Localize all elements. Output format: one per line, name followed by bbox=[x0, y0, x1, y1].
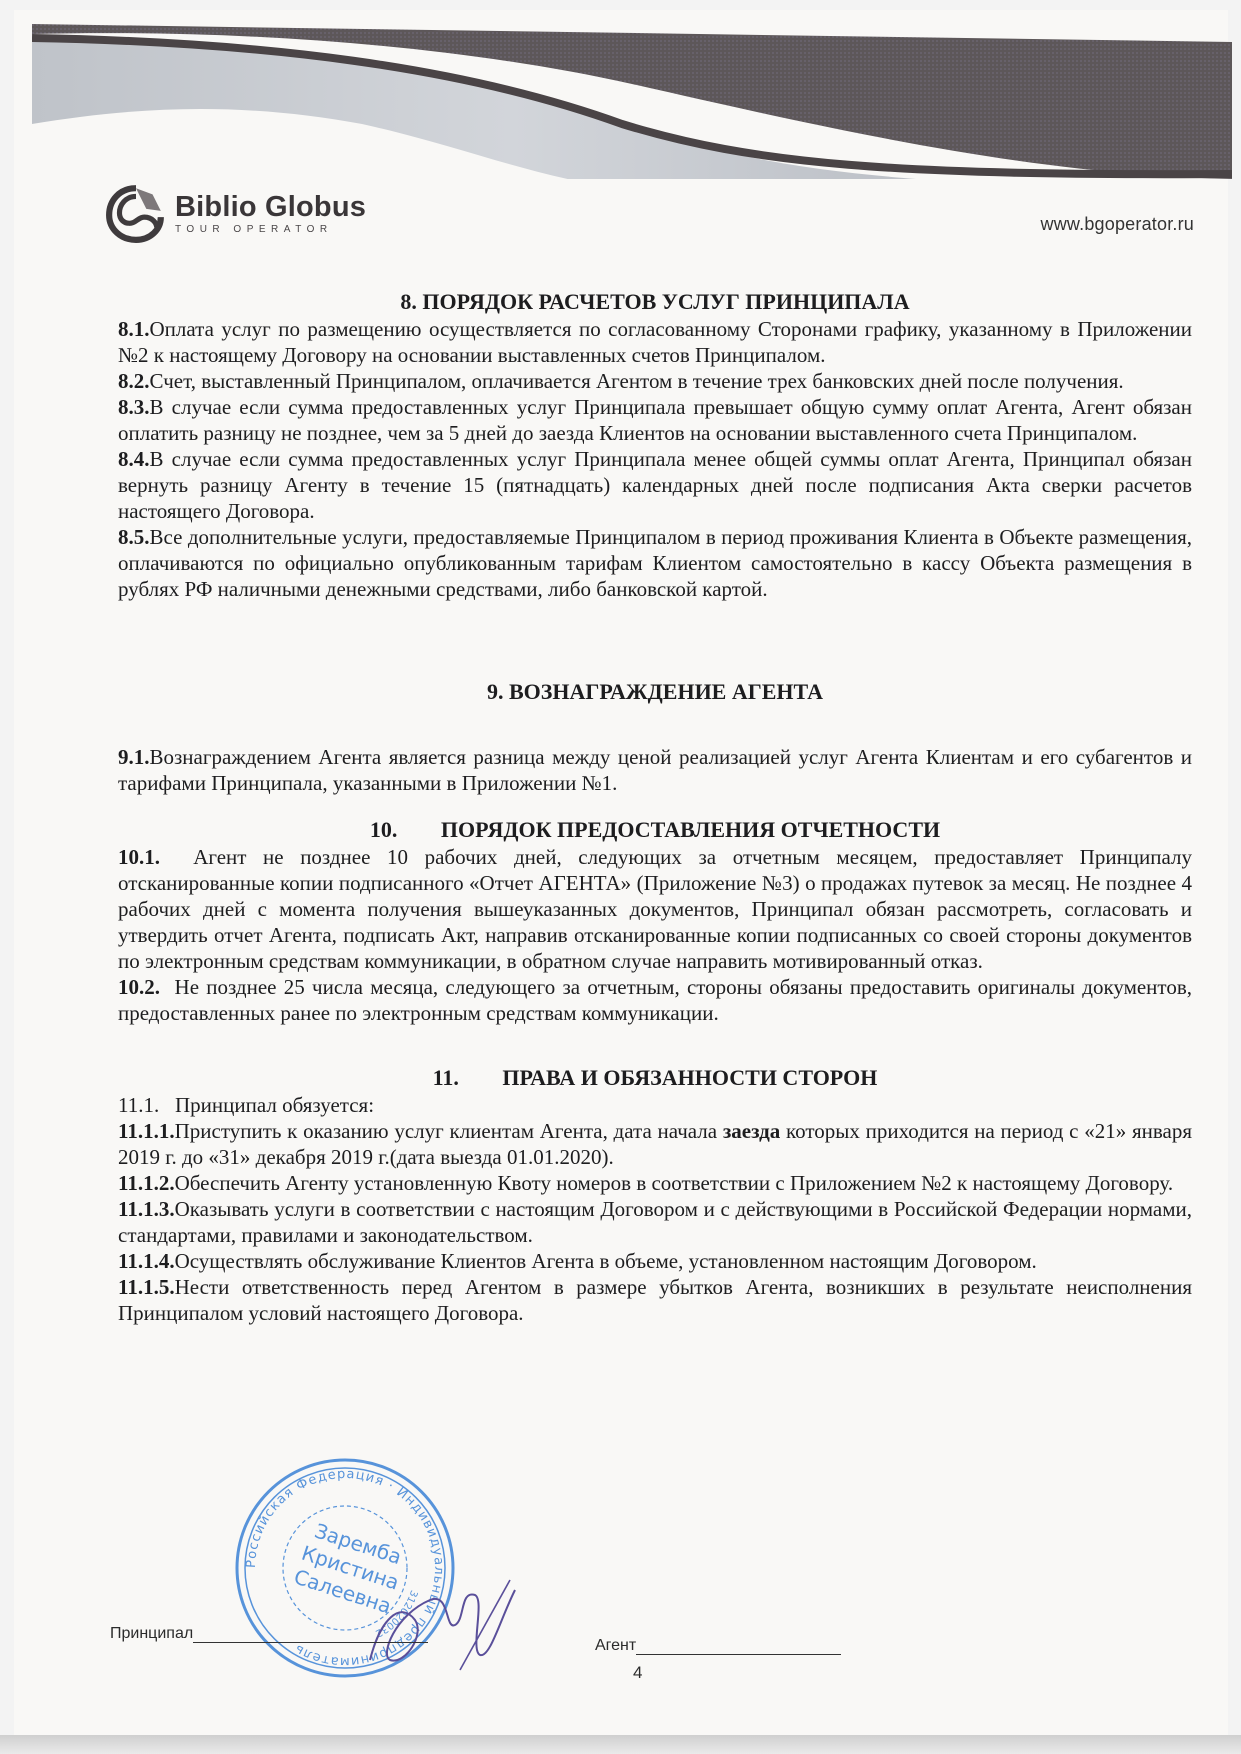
website-url: www.bgoperator.ru bbox=[1041, 214, 1194, 235]
spacer bbox=[118, 1026, 1192, 1064]
brand-logo: Biblio Globus TOUR OPERATOR bbox=[105, 182, 366, 244]
principal-label: Принципал bbox=[110, 1625, 193, 1642]
section-number: 10. bbox=[370, 817, 398, 842]
clause-9-1: 9.1.Вознаграждением Агента является разн… bbox=[118, 744, 1192, 796]
section-number: 8. bbox=[400, 289, 417, 314]
clause-11-1-2: 11.1.2.Обеспечить Агенту установленную К… bbox=[118, 1170, 1192, 1196]
spacer bbox=[118, 640, 1192, 678]
brand-subtitle: TOUR OPERATOR bbox=[175, 224, 366, 235]
clause-11-1-4: 11.1.4.Осуществлять обслуживание Клиенто… bbox=[118, 1248, 1192, 1274]
logo-swirl-icon bbox=[105, 182, 167, 244]
clause-11-1-5: 11.1.5.Нести ответственность перед Агент… bbox=[118, 1274, 1192, 1326]
document-body: 8. ПОРЯДОК РАСЧЕТОВ УСЛУГ ПРИНЦИПАЛА 8.1… bbox=[118, 288, 1192, 1326]
clause-8-5: 8.5.Все дополнительные услуги, предостав… bbox=[118, 524, 1192, 602]
header-banner bbox=[32, 24, 1232, 179]
scan-edge bbox=[0, 1735, 1241, 1754]
section-10-title: 10. ПОРЯДОК ПРЕДОСТАВЛЕНИЯ ОТЧЕТНОСТИ bbox=[118, 816, 1192, 844]
spacer bbox=[118, 602, 1192, 640]
signature-scribble bbox=[360, 1560, 520, 1680]
clause-11-1-1: 11.1.1.Приступить к оказанию услуг клиен… bbox=[118, 1118, 1192, 1170]
brand-name: Biblio Globus bbox=[175, 192, 366, 222]
clause-10-2: 10.2. Не позднее 25 числа месяца, следую… bbox=[118, 974, 1192, 1026]
section-title-text: ПРАВА И ОБЯЗАННОСТИ СТОРОН bbox=[502, 1065, 877, 1090]
clause-8-3: 8.3.В случае если сумма предоставленных … bbox=[118, 394, 1192, 446]
clause-8-2: 8.2.Счет, выставленный Принципалом, опла… bbox=[118, 368, 1192, 394]
principal-signature-field: Принципал bbox=[110, 1625, 428, 1643]
section-8-title: 8. ПОРЯДОК РАСЧЕТОВ УСЛУГ ПРИНЦИПАЛА bbox=[118, 288, 1192, 316]
page-number: 4 bbox=[633, 1663, 642, 1683]
section-9-title: 9. ВОЗНАГРАЖДЕНИЕ АГЕНТА bbox=[118, 678, 1192, 706]
section-title-text: ВОЗНАГРАЖДЕНИЕ АГЕНТА bbox=[509, 679, 823, 704]
clause-8-1: 8.1.Оплата услуг по размещению осуществл… bbox=[118, 316, 1192, 368]
clause-11-1: 11.1. Принципал обязуется: bbox=[118, 1092, 1192, 1118]
principal-sign-line bbox=[193, 1642, 428, 1643]
agent-label: Агент bbox=[595, 1637, 636, 1654]
agent-sign-line bbox=[636, 1654, 841, 1655]
spacer bbox=[118, 706, 1192, 744]
clause-8-4: 8.4.В случае если сумма предоставленных … bbox=[118, 446, 1192, 524]
clause-10-1: 10.1. Агент не позднее 10 рабочих дней, … bbox=[118, 844, 1192, 974]
section-title-text: ПОРЯДОК ПРЕДОСТАВЛЕНИЯ ОТЧЕТНОСТИ bbox=[441, 817, 940, 842]
clause-11-1-3: 11.1.3.Оказывать услуги в соответствии с… bbox=[118, 1196, 1192, 1248]
section-number: 9. bbox=[487, 679, 504, 704]
section-title-text: ПОРЯДОК РАСЧЕТОВ УСЛУГ ПРИНЦИПАЛА bbox=[422, 289, 909, 314]
section-11-title: 11. ПРАВА И ОБЯЗАННОСТИ СТОРОН bbox=[118, 1064, 1192, 1092]
agent-signature-field: Агент bbox=[595, 1637, 841, 1655]
section-number: 11. bbox=[433, 1065, 459, 1090]
spacer bbox=[118, 796, 1192, 816]
